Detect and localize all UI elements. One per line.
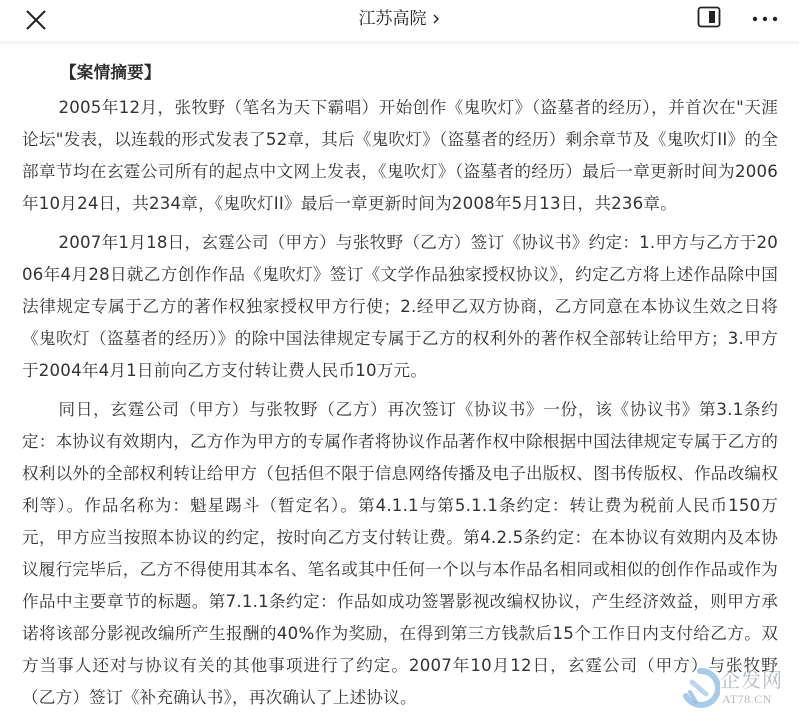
paragraph-first-agreement: 2007年1月18日，玄霆公司（甲方）与张牧野（乙方）签订《协议书》约定：1.甲… [22, 227, 778, 387]
page-title: 江苏高院 [359, 9, 427, 29]
reader-mode-button[interactable] [697, 6, 721, 28]
article-body: 【案情摘要】 2005年12月，张牧野（笔名为天下霸唱）开始创作《鬼吹灯》（盗墓… [22, 58, 778, 720]
more-dots-icon [750, 13, 780, 25]
paragraph-case-background: 2005年12月，张牧野（笔名为天下霸唱）开始创作《鬼吹灯》（盗墓者的经历），并… [22, 92, 778, 220]
chevron-right-icon [431, 8, 441, 20]
section-title: 【案情摘要】 [60, 58, 778, 88]
top-navigation-bar: 江苏高院 [0, 0, 799, 44]
more-options-button[interactable] [750, 10, 780, 22]
paragraph-second-agreement: 同日，玄霆公司（甲方）与张牧野（乙方）再次签订《协议书》一份，该《协议书》第3.… [22, 394, 778, 714]
reader-mode-icon [697, 6, 721, 28]
account-title-link[interactable]: 江苏高院 [0, 7, 799, 31]
